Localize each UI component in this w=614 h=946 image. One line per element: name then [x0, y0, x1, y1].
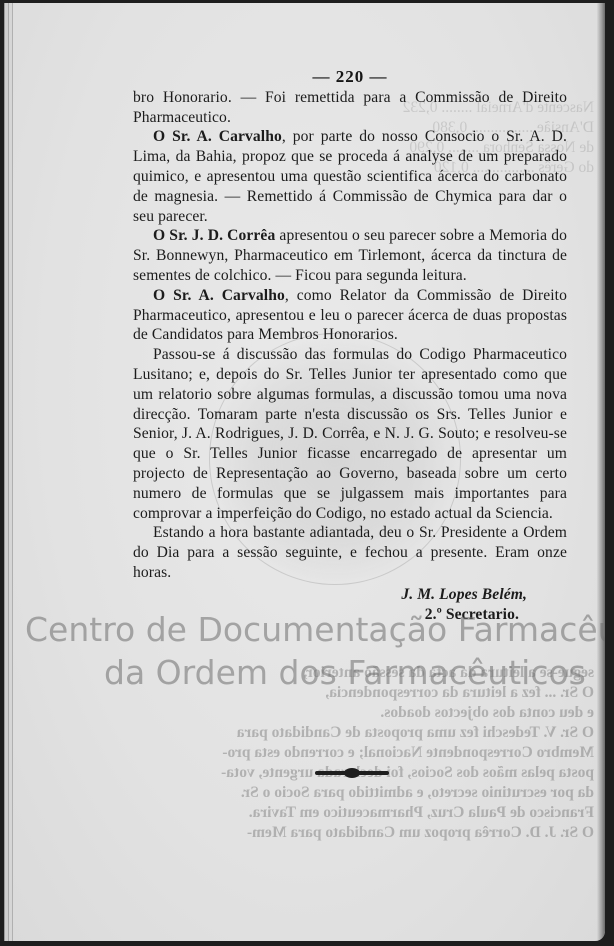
page-gutter-shadow — [597, 3, 605, 941]
signature-role: 2.º Secretario. — [133, 605, 567, 625]
paragraph-lead: O Sr. A. Carvalho — [153, 287, 285, 304]
paragraph: Estando a hora bastante adiantada, deu o… — [133, 523, 567, 582]
paragraph: bro Honorario. — Foi remettida para a Co… — [133, 88, 567, 128]
paragraph-lead: O Sr. A. Carvalho — [153, 128, 282, 145]
rule-ornament-icon — [315, 771, 389, 775]
page-stack-edge — [4, 3, 19, 941]
paragraph-text: bro Honorario. — Foi remettida para a Co… — [133, 89, 567, 126]
paragraph-text: Passou-se á discussão das formulas do Co… — [133, 346, 567, 521]
paragraph: O Sr. A. Carvalho, como Relator da Commi… — [133, 286, 567, 345]
page-number: — 220 — — [133, 67, 567, 87]
bleed-through-text-lower: segue-se a leitura da acta da sessão ant… — [134, 663, 594, 843]
paragraph: Passou-se á discussão das formulas do Co… — [133, 345, 567, 523]
paragraph: O Sr. A. Carvalho, por parte do nosso Co… — [133, 127, 567, 226]
paragraph-text: Estando a hora bastante adiantada, deu o… — [133, 524, 567, 581]
paragraph-lead: O Sr. J. D. Corrêa — [153, 227, 275, 244]
page-body: — 220 — bro Honorario. — Foi remettida p… — [133, 67, 567, 624]
watermark-line-2: da Ordem dos Farmacêuticos — [104, 655, 605, 691]
signature-name: J. M. Lopes Belém, — [133, 585, 567, 605]
paragraph: O Sr. J. D. Corrêa apresentou o seu pare… — [133, 226, 567, 285]
scanned-page: Nascente d'Arneial ........ 0,232 D'Ansi… — [4, 3, 605, 941]
